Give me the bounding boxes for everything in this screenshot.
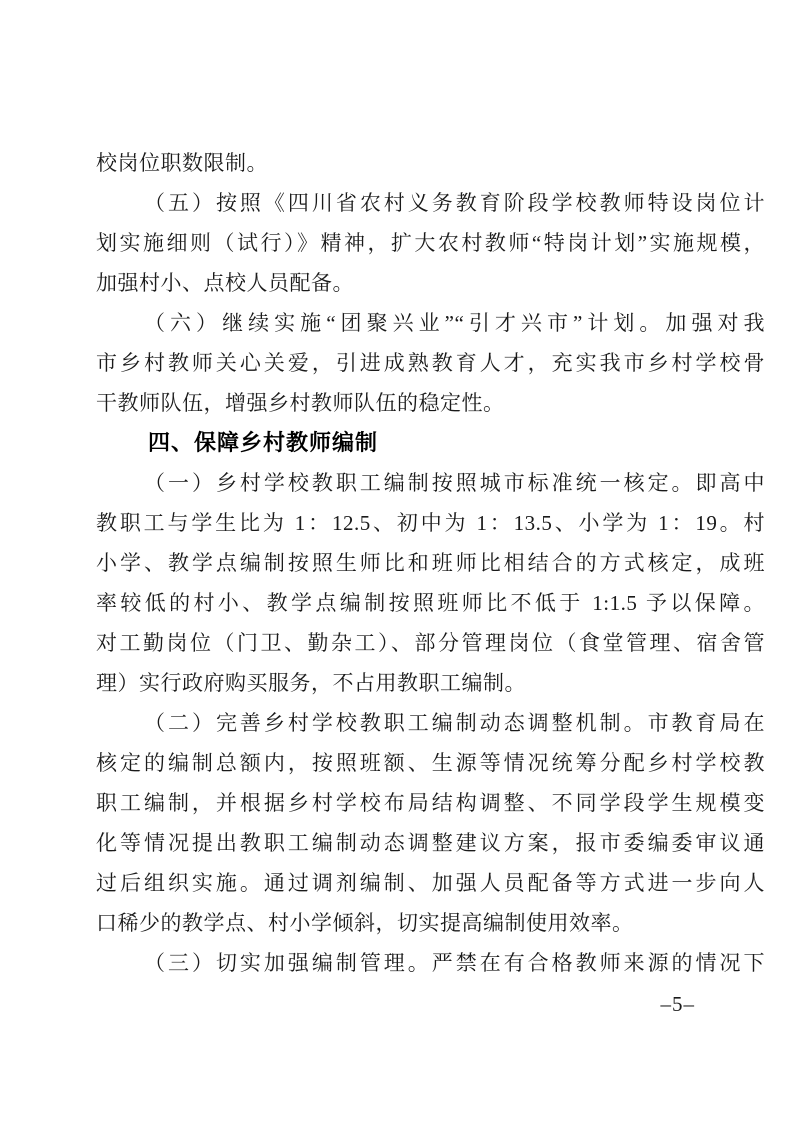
text-line: （一）乡村学校教职工编制按照城市标准统一核定。即高中 — [96, 463, 765, 503]
text-line: 教职工与学生比为 1：12.5、初中为 1：13.5、小学为 1：19。村 — [96, 503, 765, 543]
document-page: 校岗位职数限制。（五）按照《四川省农村义务教育阶段学校教师特设岗位计划实施细则（… — [0, 0, 793, 1122]
page-number: –5– — [661, 992, 696, 1017]
text-line: 划实施细则（试行）》精神，扩大农村教师“特岗计划”实施规模， — [96, 223, 765, 263]
text-line: 市乡村教师关心关爱，引进成熟教育人才，充实我市乡村学校骨 — [96, 343, 765, 383]
text-line: 率较低的村小、教学点编制按照班师比不低于 1:1.5 予以保障。 — [96, 583, 765, 623]
text-line: （六）继续实施“团聚兴业”“引才兴市”计划。加强对我 — [96, 303, 765, 343]
text-line: 口稀少的教学点、村小学倾斜，切实提高编制使用效率。 — [96, 903, 765, 943]
text-line: 干教师队伍，增强乡村教师队伍的稳定性。 — [96, 383, 765, 423]
text-line: 过后组织实施。通过调剂编制、加强人员配备等方式进一步向人 — [96, 863, 765, 903]
text-line: 理）实行政府购买服务，不占用教职工编制。 — [96, 663, 765, 703]
document-body: 校岗位职数限制。（五）按照《四川省农村义务教育阶段学校教师特设岗位计划实施细则（… — [96, 143, 765, 983]
text-line: 加强村小、点校人员配备。 — [96, 263, 765, 303]
section-heading: 四、保障乡村教师编制 — [96, 423, 765, 463]
text-line: （三）切实加强编制管理。严禁在有合格教师来源的情况下 — [96, 943, 765, 983]
text-line: （五）按照《四川省农村义务教育阶段学校教师特设岗位计 — [96, 183, 765, 223]
text-line: 核定的编制总额内，按照班额、生源等情况统筹分配乡村学校教 — [96, 743, 765, 783]
text-line: 化等情况提出教职工编制动态调整建议方案，报市委编委审议通 — [96, 823, 765, 863]
text-line: （二）完善乡村学校教职工编制动态调整机制。市教育局在 — [96, 703, 765, 743]
text-line: 校岗位职数限制。 — [96, 143, 765, 183]
text-line: 对工勤岗位（门卫、勤杂工）、部分管理岗位（食堂管理、宿舍管 — [96, 623, 765, 663]
text-line: 职工编制，并根据乡村学校布局结构调整、不同学段学生规模变 — [96, 783, 765, 823]
text-line: 小学、教学点编制按照生师比和班师比相结合的方式核定，成班 — [96, 543, 765, 583]
